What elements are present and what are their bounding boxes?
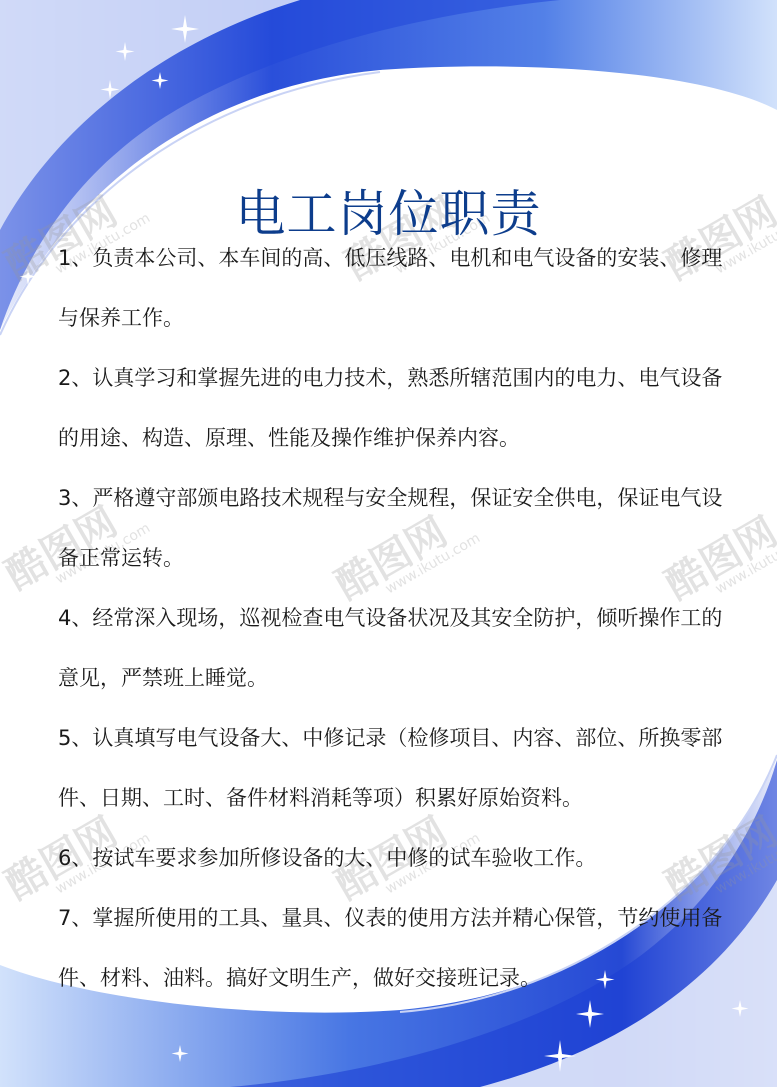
duty-item-2: 2、认真学习和掌握先进的电力技术，熟悉所辖范围内的电力、电气设备的用途、构造、原… [58, 348, 728, 468]
duty-item-6: 6、按试车要求参加所修设备的大、中修的试车验收工作。 [58, 828, 728, 888]
duty-list: 1、负责本公司、本车间的高、低压线路、电机和电气设备的安装、修理与保养工作。 2… [58, 228, 728, 1008]
duty-item-1: 1、负责本公司、本车间的高、低压线路、电机和电气设备的安装、修理与保养工作。 [58, 228, 728, 348]
duty-item-4: 4、经常深入现场，巡视检查电气设备状况及其安全防护，倾听操作工的意见，严禁班上睡… [58, 588, 728, 708]
duty-item-3: 3、严格遵守部颁电路技术规程与安全规程，保证安全供电，保证电气设备正常运转。 [58, 468, 728, 588]
duty-item-5: 5、认真填写电气设备大、中修记录（检修项目、内容、部位、所换零部件、日期、工时、… [58, 708, 728, 828]
duty-item-7: 7、掌握所使用的工具、量具、仪表的使用方法并精心保管，节约使用备件、材料、油料。… [58, 888, 728, 1008]
